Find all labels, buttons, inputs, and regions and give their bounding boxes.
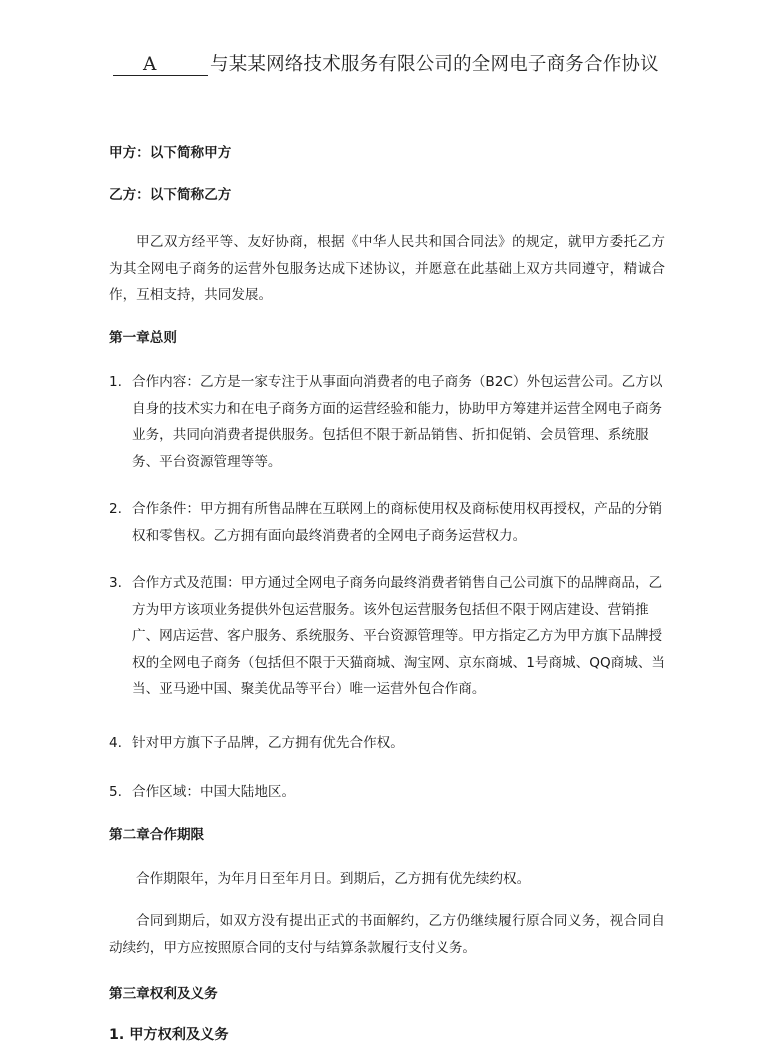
list-item-1: 1. 合作内容：乙方是一家专注于从事面向消费者的电子商务（B2C）外包运营公司。… [109, 369, 669, 475]
list-number: 2. [109, 496, 122, 523]
party-a-line: 甲方：以下简称甲方 [109, 140, 669, 166]
list-number: 3. [109, 570, 122, 597]
chapter3-heading: 第三章权利及义务 [109, 981, 669, 1007]
list-text: 合作条件：甲方拥有所售品牌在互联网上的商标使用权及商标使用权再授权，产品的分销权… [132, 501, 662, 544]
chapter1-heading: 第一章总则 [109, 325, 669, 351]
list-text: 合作方式及范围：甲方通过全网电子商务向最终消费者销售自己公司旗下的品牌商品，乙方… [132, 575, 665, 697]
chapter2-heading: 第二章合作期限 [109, 822, 669, 848]
list-number: 4. [109, 730, 122, 757]
list-item-4: 4. 针对甲方旗下子品牌，乙方拥有优先合作权。 [109, 730, 669, 757]
list-text: 合作内容：乙方是一家专注于从事面向消费者的电子商务（B2C）外包运营公司。乙方以… [132, 374, 662, 470]
list-number: 1. [109, 369, 122, 396]
document-title: A与某某网络技术服务有限公司的全网电子商务合作协议 [113, 50, 673, 76]
chapter3-subheading: 1. 甲方权利及义务 [109, 1022, 669, 1048]
list-text: 合作区域：中国大陆地区。 [132, 784, 295, 800]
list-item-5: 5. 合作区域：中国大陆地区。 [109, 779, 669, 806]
list-text: 针对甲方旗下子品牌，乙方拥有优先合作权。 [132, 735, 404, 751]
list-item-3: 3. 合作方式及范围：甲方通过全网电子商务向最终消费者销售自己公司旗下的品牌商品… [109, 570, 669, 703]
list-item-2: 2. 合作条件：甲方拥有所售品牌在互联网上的商标使用权及商标使用权再授权，产品的… [109, 496, 669, 549]
title-text: 与某某网络技术服务有限公司的全网电子商务合作协议 [210, 54, 659, 75]
document-page: A与某某网络技术服务有限公司的全网电子商务合作协议 甲方：以下简称甲方 乙方：以… [0, 0, 766, 1062]
title-blank-field: A [113, 54, 208, 76]
chapter2-paragraph-1: 合作期限年，为年月日至年月日。到期后，乙方拥有优先续约权。 [109, 866, 665, 893]
party-b-line: 乙方：以下简称乙方 [109, 182, 669, 208]
chapter2-paragraph-2: 合同到期后，如双方没有提出正式的书面解约，乙方仍继续履行原合同义务，视合同自动续… [109, 908, 665, 961]
preamble-paragraph: 甲乙双方经平等、友好协商，根据《中华人民共和国合同法》的规定，就甲方委托乙方为其… [109, 229, 665, 309]
list-number: 5. [109, 779, 122, 806]
